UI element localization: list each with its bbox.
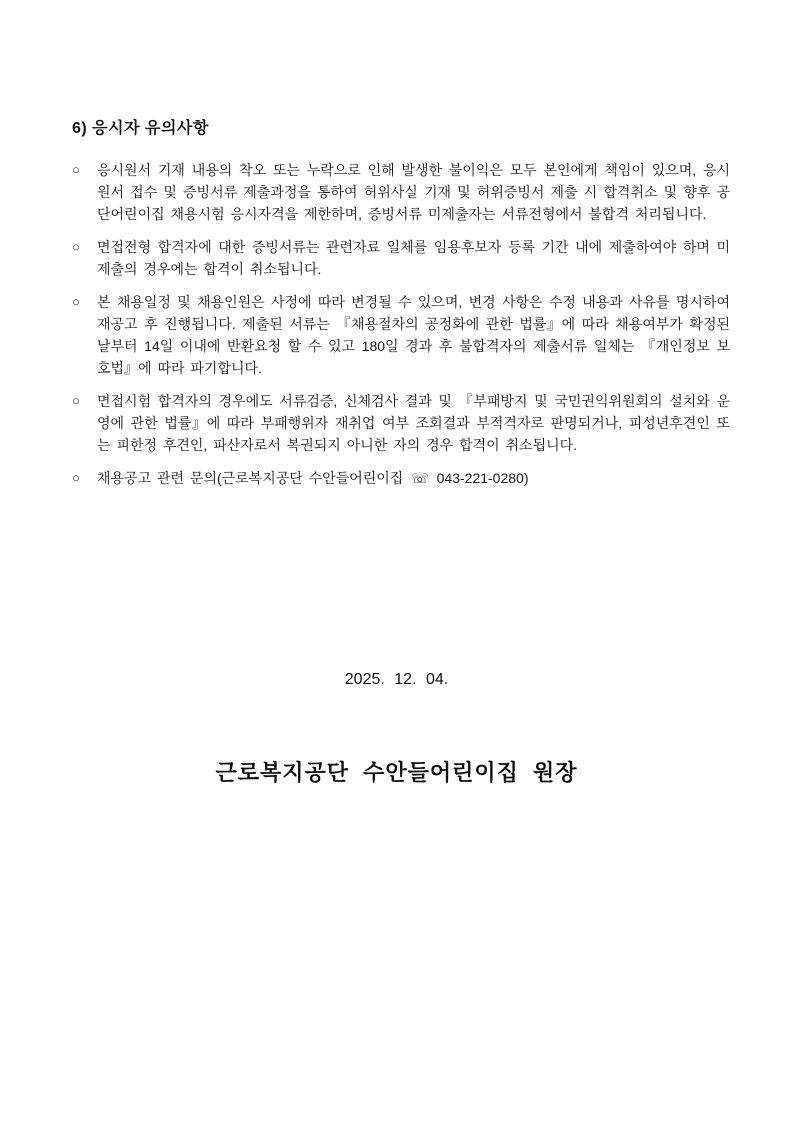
notice-item: ○ 면접시험 합격자의 경우에도 서류검증, 신체검사 결과 및 『부패방지 및… bbox=[72, 390, 730, 456]
contact-close-paren: ) bbox=[524, 470, 529, 486]
notice-text: 본 채용일정 및 채용인원은 사정에 따라 변경될 수 있으며, 변경 사항은 … bbox=[97, 291, 730, 379]
document-page: 6) 응시자 유의사항 ○ 응시원서 기재 내용의 착오 또는 누락으로 인해 … bbox=[0, 0, 793, 1121]
contact-text: 채용공고 관련 문의(근로복지공단 수안들어린이집 bbox=[97, 470, 403, 486]
circle-bullet-icon: ○ bbox=[72, 159, 97, 181]
notice-item-contact: ○ 채용공고 관련 문의(근로복지공단 수안들어린이집 ☏ 043-221-02… bbox=[72, 467, 730, 489]
circle-bullet-icon: ○ bbox=[72, 291, 97, 313]
notice-text: 면접시험 합격자의 경우에도 서류검증, 신체검사 결과 및 『부패방지 및 국… bbox=[97, 390, 730, 456]
contact-line: 채용공고 관련 문의(근로복지공단 수안들어린이집 ☏ 043-221-0280… bbox=[97, 467, 730, 489]
contact-phone-number: 043-221-0280 bbox=[437, 470, 524, 486]
notice-item: ○ 면접전형 합격자에 대한 증빙서류는 관련자료 일체를 임용후보자 등록 기… bbox=[72, 236, 730, 280]
notice-item: ○ 본 채용일정 및 채용인원은 사정에 따라 변경될 수 있으며, 변경 사항… bbox=[72, 291, 730, 379]
circle-bullet-icon: ○ bbox=[72, 390, 97, 412]
signature-title: 근로복지공단 수안들어린이집 원장 bbox=[0, 756, 793, 787]
document-date: 2025. 12. 04. bbox=[0, 671, 793, 689]
section-heading: 6) 응시자 유의사항 bbox=[72, 115, 730, 138]
circle-bullet-icon: ○ bbox=[72, 236, 97, 258]
notice-text: 면접전형 합격자에 대한 증빙서류는 관련자료 일체를 임용후보자 등록 기간 … bbox=[97, 236, 730, 280]
telephone-icon: ☏ bbox=[411, 467, 429, 489]
notice-text: 응시원서 기재 내용의 착오 또는 누락으로 인해 발생한 불이익은 모두 본인… bbox=[97, 159, 730, 225]
notice-section: 6) 응시자 유의사항 ○ 응시원서 기재 내용의 착오 또는 누락으로 인해 … bbox=[72, 115, 730, 500]
circle-bullet-icon: ○ bbox=[72, 467, 97, 489]
notice-item: ○ 응시원서 기재 내용의 착오 또는 누락으로 인해 발생한 불이익은 모두 … bbox=[72, 159, 730, 225]
